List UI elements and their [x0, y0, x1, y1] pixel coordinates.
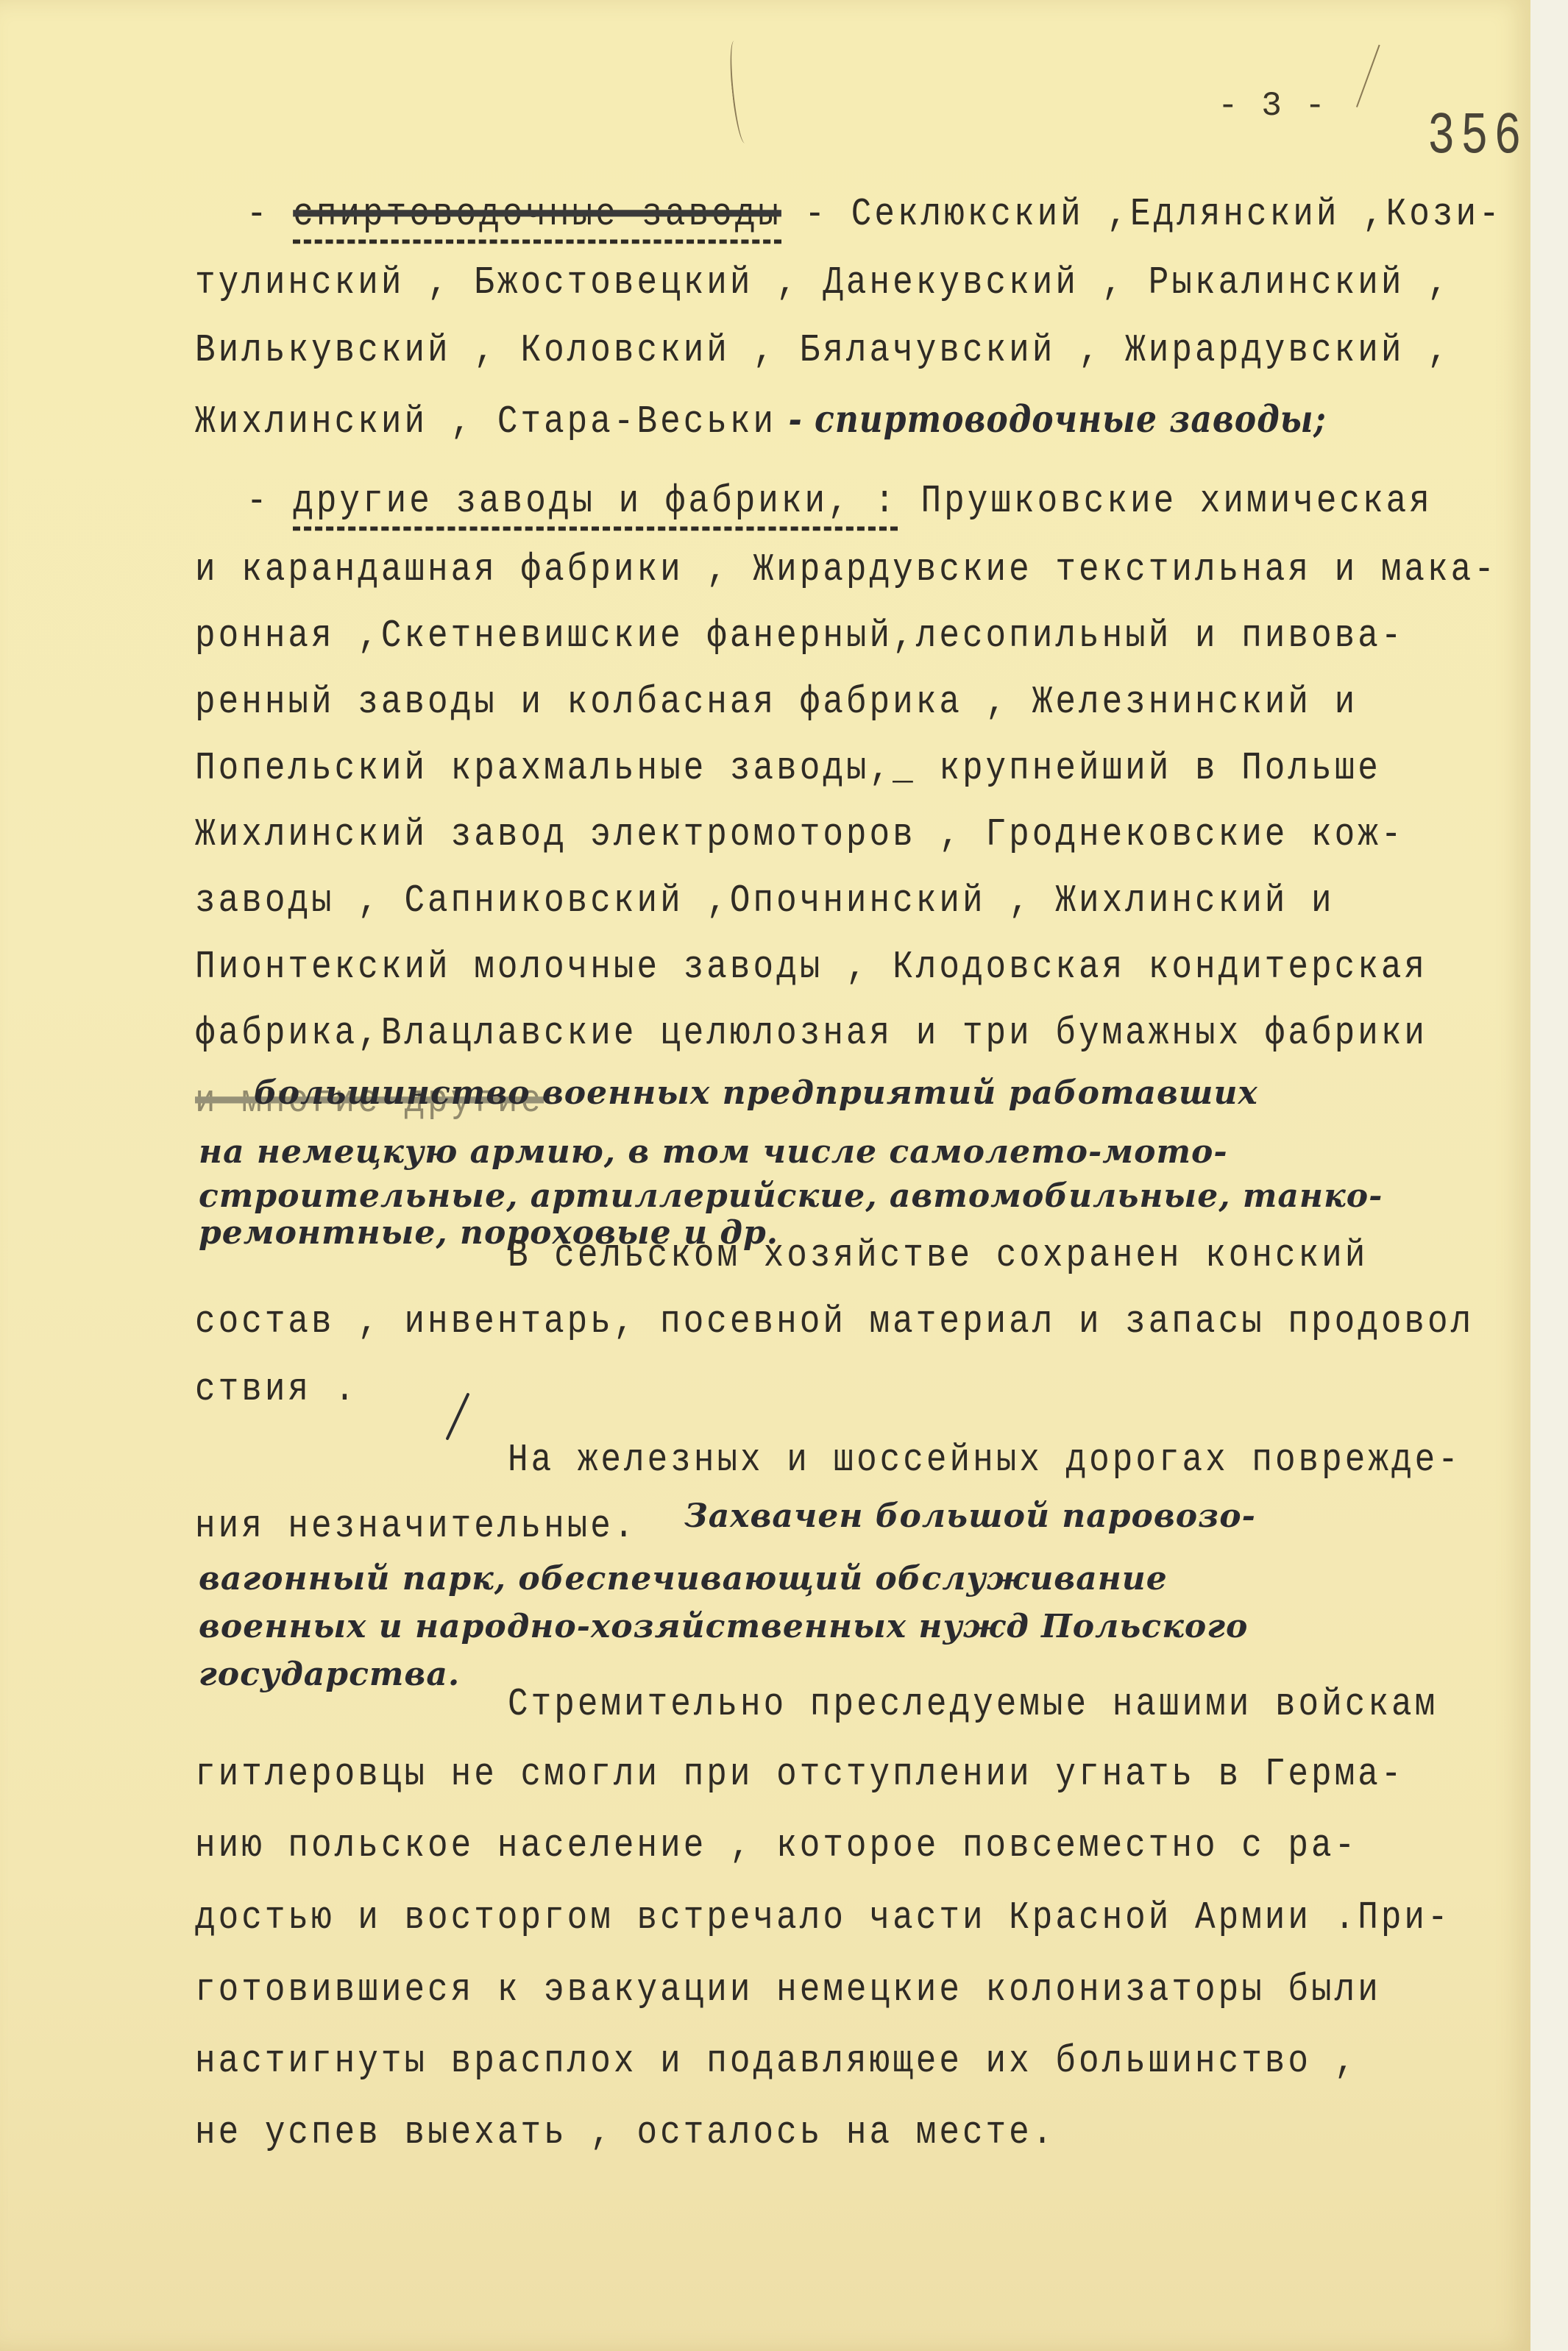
- population-line-6: настигнуты врасплох и подавляющее их бол…: [195, 2039, 1358, 2083]
- typed-line-4: Жихлинский , Стара-Веськи - спиртоводочн…: [195, 398, 1327, 444]
- population-line-4: достью и восторгом встречало части Красн…: [195, 1896, 1451, 1940]
- typed-line-5: - другие заводы и фабрики, : Прушковские…: [246, 479, 1433, 523]
- line-text: - Секлюкский ,Едлянский ,Кози-: [781, 192, 1503, 236]
- population-line-5: готовившиеся к эвакуации немецкие колони…: [195, 1968, 1381, 2012]
- typed-line-7: ронная ,Скетневишские фанерный,лесопильн…: [195, 614, 1404, 658]
- agriculture-line-3: ствия .: [195, 1367, 358, 1411]
- roads-line-1: На железных и шоссейных дорогах поврежде…: [508, 1438, 1461, 1482]
- typed-line-11: заводы , Сапниковский ,Опочнинский , Жих…: [195, 879, 1335, 923]
- population-line-2: гитлеровцы не смогли при отступлении угн…: [195, 1752, 1404, 1796]
- population-line-7: не успев выехать , осталось на месте.: [195, 2110, 1055, 2155]
- handwritten-line-2: на немецкую армию, в том числе самолето-…: [199, 1133, 1228, 1171]
- population-line-1: Стремительно преследуемые нашими войскам: [508, 1682, 1438, 1726]
- list-dash: -: [246, 479, 270, 523]
- document-page: - 3 - 356 - спиртоводочные заводы - Секл…: [0, 0, 1530, 2351]
- page-number: - 3 -: [1218, 87, 1327, 125]
- check-mark-icon: [445, 1392, 469, 1440]
- scan-margin: [1530, 0, 1568, 2351]
- roads-line-2: ния незначительные.: [195, 1504, 637, 1548]
- typed-line-9: Попельский крахмальные заводы,_ крупнейш…: [195, 746, 1381, 790]
- typed-line-3: Вилькувский , Коловский , Бялачувский , …: [195, 328, 1451, 372]
- typed-line-10: Жихлинский завод электромоторов , Гродне…: [195, 812, 1404, 857]
- handwritten-roads-2: вагонный парк, обеспечивающий обслуживан…: [199, 1560, 1168, 1598]
- underlined-heading: другие заводы и фабрики, :: [293, 479, 898, 531]
- typed-line-8: ренный заводы и колбасная фабрика , Желе…: [195, 680, 1358, 724]
- typed-line-2: тулинский , Бжостовецкий , Данекувский ,…: [195, 260, 1451, 305]
- population-line-3: нию польское население , которое повсеме…: [195, 1823, 1358, 1868]
- handwritten-line-3: строительные, артиллерийские, автомобиль…: [199, 1177, 1383, 1215]
- handwritten-line-1: большинство военных предприятий работавш…: [254, 1074, 1258, 1112]
- agriculture-line-2: состав , инвентарь, посевной материал и …: [195, 1299, 1474, 1344]
- line-text: Жихлинский , Стара-Веськи: [195, 400, 776, 444]
- typed-line-6: и карандашная фабрики , Жирардувские тек…: [195, 547, 1497, 592]
- line-text: Прушковские химическая: [898, 479, 1433, 523]
- archive-folio-number: 356: [1427, 102, 1528, 170]
- typed-line-12: Пионтекский молочные заводы , Клодовская…: [195, 945, 1427, 989]
- handwritten-roads-4: государства.: [199, 1656, 460, 1693]
- handwritten-roads-3: военных и народно-хозяйственных нужд Пол…: [199, 1608, 1248, 1645]
- struck-heading: спиртоводочные заводы: [293, 192, 781, 244]
- list-dash: -: [246, 192, 270, 236]
- typed-line-1: - спиртоводочные заводы - Секлюкский ,Ед…: [246, 192, 1503, 236]
- handwritten-heading: - спиртоводочные заводы;: [776, 398, 1327, 442]
- pencil-stroke-mark: [1356, 45, 1387, 110]
- handwritten-roads-1: Захвачен большой паровозо-: [684, 1497, 1256, 1535]
- pencil-bracket-mark: [727, 40, 753, 143]
- agriculture-line-1: В сельском хозяйстве сохранен конский: [508, 1233, 1368, 1277]
- typed-line-13: фабрика,Влацлавские целюлозная и три бум…: [195, 1011, 1427, 1055]
